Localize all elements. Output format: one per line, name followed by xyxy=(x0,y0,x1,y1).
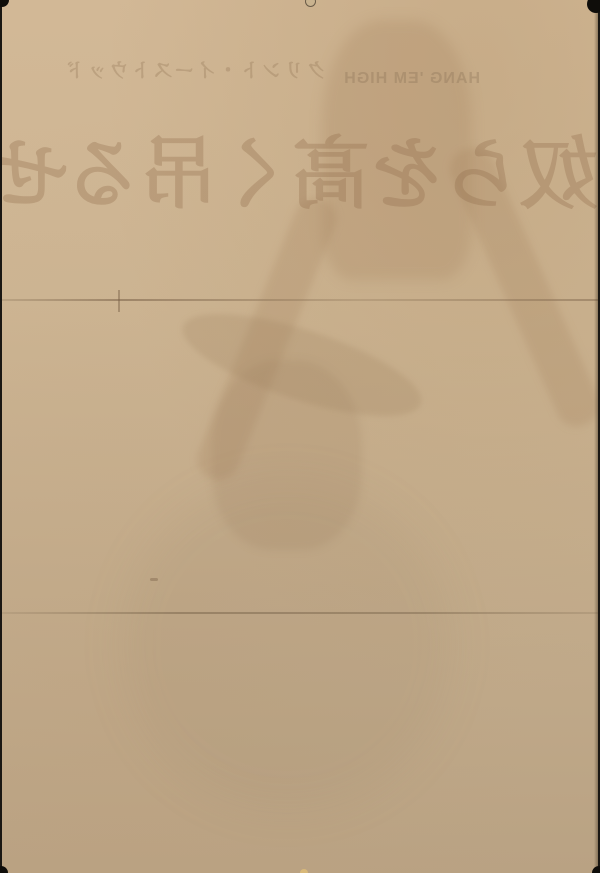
top-pin-icon xyxy=(305,0,316,7)
right-edge-shadow xyxy=(594,0,598,873)
fold-line-upper xyxy=(2,299,598,301)
title-showthrough: 奴らを高く吊るせ! xyxy=(8,112,598,224)
bottom-pin-icon xyxy=(300,869,308,873)
actor-credit-showthrough: クリント・イーストウッド xyxy=(26,54,326,83)
stain-mark xyxy=(150,578,158,581)
poster-back: クリント・イーストウッド HANG 'EM HIGH 奴らを高く吊るせ! xyxy=(2,0,598,873)
corner-clip-bottom-right-icon xyxy=(592,866,600,873)
fold-line-lower xyxy=(2,612,598,614)
english-title-showthrough: HANG 'EM HIGH xyxy=(310,70,480,88)
crease-mark xyxy=(118,290,120,312)
